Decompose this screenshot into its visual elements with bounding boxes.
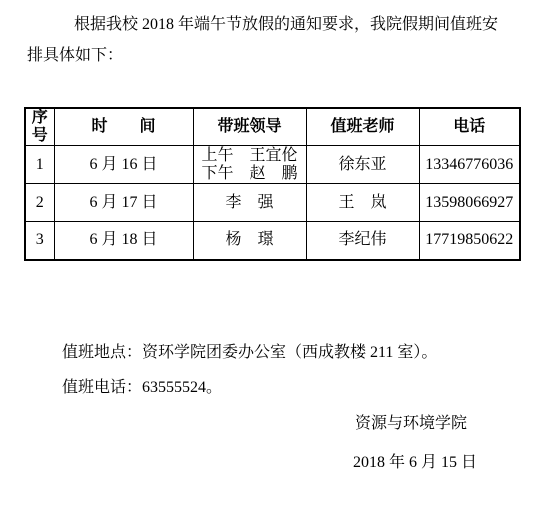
intro-paragraph-line2: 排具体如下： — [27, 42, 123, 65]
cell-duty-teacher: 李纪伟 — [306, 222, 419, 260]
cell-duty-leader: 李 强 — [193, 184, 306, 222]
header-phone: 电话 — [419, 108, 520, 146]
leader-morning: 上午 王宜伦 — [201, 147, 297, 164]
cell-date: 6 月 17 日 — [54, 184, 193, 222]
cell-phone: 13598066927 — [419, 184, 520, 222]
signature-department: 资源与环境学院 — [355, 410, 467, 433]
intro-paragraph-line1: 根据我校 2018 年端午节放假的通知要求，我院假期间值班安 — [74, 11, 498, 34]
cell-date: 6 月 18 日 — [54, 222, 193, 260]
header-duty-leader: 带班领导 — [193, 108, 306, 146]
cell-serial-number: 3 — [25, 222, 54, 260]
cell-duty-teacher: 王 岚 — [306, 184, 419, 222]
cell-duty-leader: 上午 王宜伦下午 赵 鹏 — [193, 146, 306, 184]
table-row: 2 6 月 17 日 李 强 王 岚 13598066927 — [25, 184, 520, 222]
header-time: 时 间 — [54, 108, 193, 146]
duty-phone-line: 值班电话：63555524。 — [62, 374, 222, 397]
duty-schedule-table: 序号 时 间 带班领导 值班老师 电话 1 6 月 16 日 上午 王宜伦下午 … — [24, 107, 521, 261]
cell-phone: 13346776036 — [419, 146, 520, 184]
cell-serial-number: 2 — [25, 184, 54, 222]
header-serial-number: 序号 — [25, 108, 54, 146]
cell-duty-teacher: 徐东亚 — [306, 146, 419, 184]
leader-afternoon: 下午 赵 鹏 — [201, 165, 297, 182]
document-page: 根据我校 2018 年端午节放假的通知要求，我院假期间值班安 排具体如下： 序号… — [0, 0, 542, 505]
header-duty-teacher: 值班老师 — [306, 108, 419, 146]
table-header-row: 序号 时 间 带班领导 值班老师 电话 — [25, 108, 520, 146]
cell-duty-leader: 杨 璟 — [193, 222, 306, 260]
signature-date: 2018 年 6 月 15 日 — [353, 449, 477, 472]
table-row: 3 6 月 18 日 杨 璟 李纪伟 17719850622 — [25, 222, 520, 260]
cell-serial-number: 1 — [25, 146, 54, 184]
cell-phone: 17719850622 — [419, 222, 520, 260]
cell-date: 6 月 16 日 — [54, 146, 193, 184]
duty-location-line: 值班地点：资环学院团委办公室（西成教楼 211 室）。 — [62, 339, 437, 362]
table-row: 1 6 月 16 日 上午 王宜伦下午 赵 鹏 徐东亚 13346776036 — [25, 146, 520, 184]
